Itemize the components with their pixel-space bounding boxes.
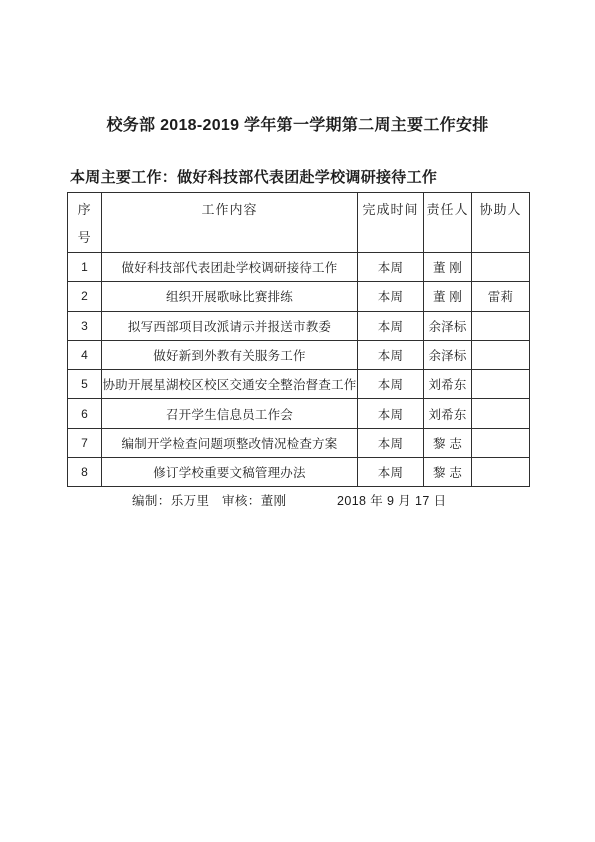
table-row: 5 协助开展星湖校区校区交通安全整治督查工作 本周 刘希东	[68, 370, 530, 399]
assistant-cell: 雷莉	[472, 282, 530, 311]
page-title: 校务部 2018-2019 学年第一学期第二周主要工作安排	[0, 112, 595, 135]
header-responsible-person: 责任人	[424, 193, 472, 253]
work-content-cell: 编制开学检查问题项整改情况检查方案	[102, 428, 358, 457]
work-content-cell: 做好新到外教有关服务工作	[102, 340, 358, 369]
document-page: { "colors": { "background": "#ffffff", "…	[0, 0, 595, 842]
completion-time-cell: 本周	[358, 340, 424, 369]
work-content-cell: 召开学生信息员工作会	[102, 399, 358, 428]
work-content-cell: 拟写西部项目改派请示并报送市教委	[102, 311, 358, 340]
work-schedule-table: 序号 工作内容 完成时间 责任人 协助人 1 做好科技部代表团赴学校调研接待工作…	[67, 192, 530, 487]
assistant-cell	[472, 311, 530, 340]
work-content-cell: 组织开展歌咏比赛排练	[102, 282, 358, 311]
assistant-cell	[472, 428, 530, 457]
table-row: 4 做好新到外教有关服务工作 本周 余泽标	[68, 340, 530, 369]
work-content-cell: 修订学校重要文稿管理办法	[102, 458, 358, 487]
compiler-label: 编制：乐万里	[132, 491, 209, 509]
assistant-cell	[472, 253, 530, 282]
serial-number-cell: 7	[68, 428, 102, 457]
header-assistant: 协助人	[472, 193, 530, 253]
completion-time-cell: 本周	[358, 311, 424, 340]
document-date: 2018 年 9 月 17 日	[337, 491, 447, 509]
table-row: 1 做好科技部代表团赴学校调研接待工作 本周 董 刚	[68, 253, 530, 282]
table-row: 7 编制开学检查问题项整改情况检查方案 本周 黎 志	[68, 428, 530, 457]
responsible-person-cell: 余泽标	[424, 340, 472, 369]
responsible-person-cell: 黎 志	[424, 428, 472, 457]
responsible-person-cell: 董 刚	[424, 282, 472, 311]
serial-number-cell: 3	[68, 311, 102, 340]
assistant-cell	[472, 458, 530, 487]
table-row: 3 拟写西部项目改派请示并报送市教委 本周 余泽标	[68, 311, 530, 340]
assistant-cell	[472, 399, 530, 428]
serial-number-cell: 4	[68, 340, 102, 369]
completion-time-cell: 本周	[358, 253, 424, 282]
table-row: 8 修订学校重要文稿管理办法 本周 黎 志	[68, 458, 530, 487]
assistant-cell	[472, 370, 530, 399]
header-work-content: 工作内容	[102, 193, 358, 253]
table-row: 6 召开学生信息员工作会 本周 刘希东	[68, 399, 530, 428]
header-completion-time: 完成时间	[358, 193, 424, 253]
completion-time-cell: 本周	[358, 282, 424, 311]
work-content-cell: 协助开展星湖校区校区交通安全整治督查工作	[102, 370, 358, 399]
completion-time-cell: 本周	[358, 428, 424, 457]
serial-number-cell: 1	[68, 253, 102, 282]
completion-time-cell: 本周	[358, 399, 424, 428]
responsible-person-cell: 刘希东	[424, 370, 472, 399]
serial-number-cell: 6	[68, 399, 102, 428]
serial-number-cell: 2	[68, 282, 102, 311]
responsible-person-cell: 刘希东	[424, 399, 472, 428]
table-row: 2 组织开展歌咏比赛排练 本周 董 刚 雷莉	[68, 282, 530, 311]
responsible-person-cell: 余泽标	[424, 311, 472, 340]
weekly-main-task: 本周主要工作：做好科技部代表团赴学校调研接待工作	[70, 166, 437, 187]
reviewer-label: 审核：董刚	[222, 491, 287, 509]
serial-number-cell: 5	[68, 370, 102, 399]
document-footer: 编制：乐万里 审核：董刚 2018 年 9 月 17 日	[0, 491, 595, 509]
completion-time-cell: 本周	[358, 370, 424, 399]
responsible-person-cell: 董 刚	[424, 253, 472, 282]
completion-time-cell: 本周	[358, 458, 424, 487]
header-serial-number: 序号	[68, 193, 102, 253]
table-header-row: 序号 工作内容 完成时间 责任人 协助人	[68, 193, 530, 253]
work-content-cell: 做好科技部代表团赴学校调研接待工作	[102, 253, 358, 282]
serial-number-cell: 8	[68, 458, 102, 487]
responsible-person-cell: 黎 志	[424, 458, 472, 487]
assistant-cell	[472, 340, 530, 369]
header-serial-number-label: 序号	[78, 196, 92, 252]
